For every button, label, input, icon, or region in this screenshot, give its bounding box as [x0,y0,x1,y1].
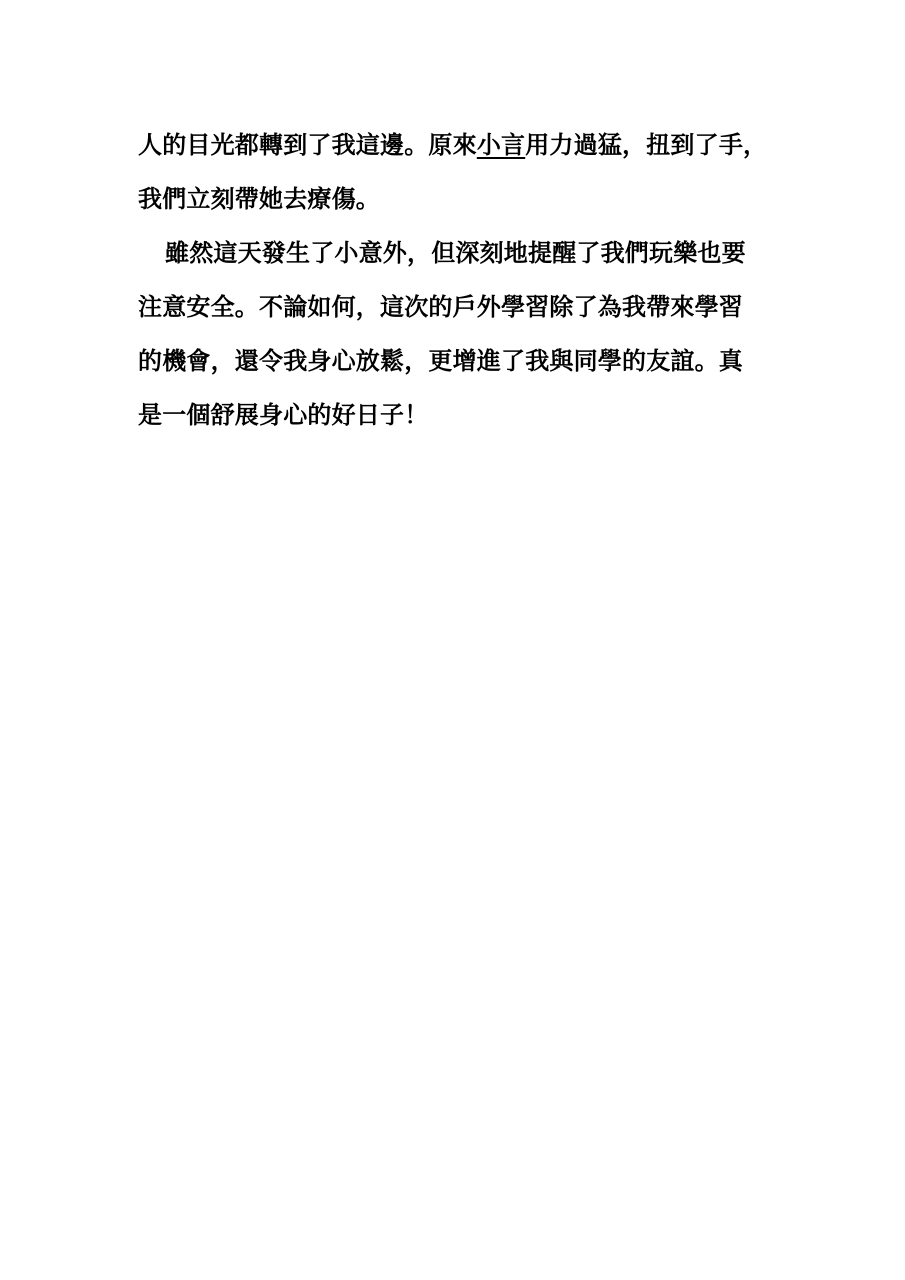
text-segment: 是一個舒展身心的好日子！ [138,402,428,429]
text-line: 我們立刻帶她去療傷。 [138,173,798,227]
text-segment: 雖然這天發生了小意外，但深刻地提醒了我們玩樂也要 [165,240,746,267]
text-line: 雖然這天發生了小意外，但深刻地提醒了我們玩樂也要 [138,227,798,281]
text-line: 的機會，還令我身心放鬆，更增進了我與同學的友誼。真 [138,335,798,389]
text-segment: 我們立刻帶她去療傷。 [138,186,380,213]
text-segment: 注意安全。不論如何，這次的戶外學習除了為我帶來學習 [138,294,743,321]
text-block: 人的目光都轉到了我這邊。原來小言用力過猛，扭到了手，我們立刻帶她去療傷。雖然這天… [138,119,798,443]
text-line: 是一個舒展身心的好日子！ [138,389,798,443]
underlined-text: 小言 [477,132,525,159]
text-segment: 的機會，還令我身心放鬆，更增進了我與同學的友誼。真 [138,348,743,375]
document-page: 人的目光都轉到了我這邊。原來小言用力過猛，扭到了手，我們立刻帶她去療傷。雖然這天… [0,0,905,1280]
text-segment: 用力過猛，扭到了手， [525,132,767,159]
text-line: 人的目光都轉到了我這邊。原來小言用力過猛，扭到了手， [138,119,798,173]
text-segment: 人的目光都轉到了我這邊。原來 [138,132,477,159]
text-line: 注意安全。不論如何，這次的戶外學習除了為我帶來學習 [138,281,798,335]
